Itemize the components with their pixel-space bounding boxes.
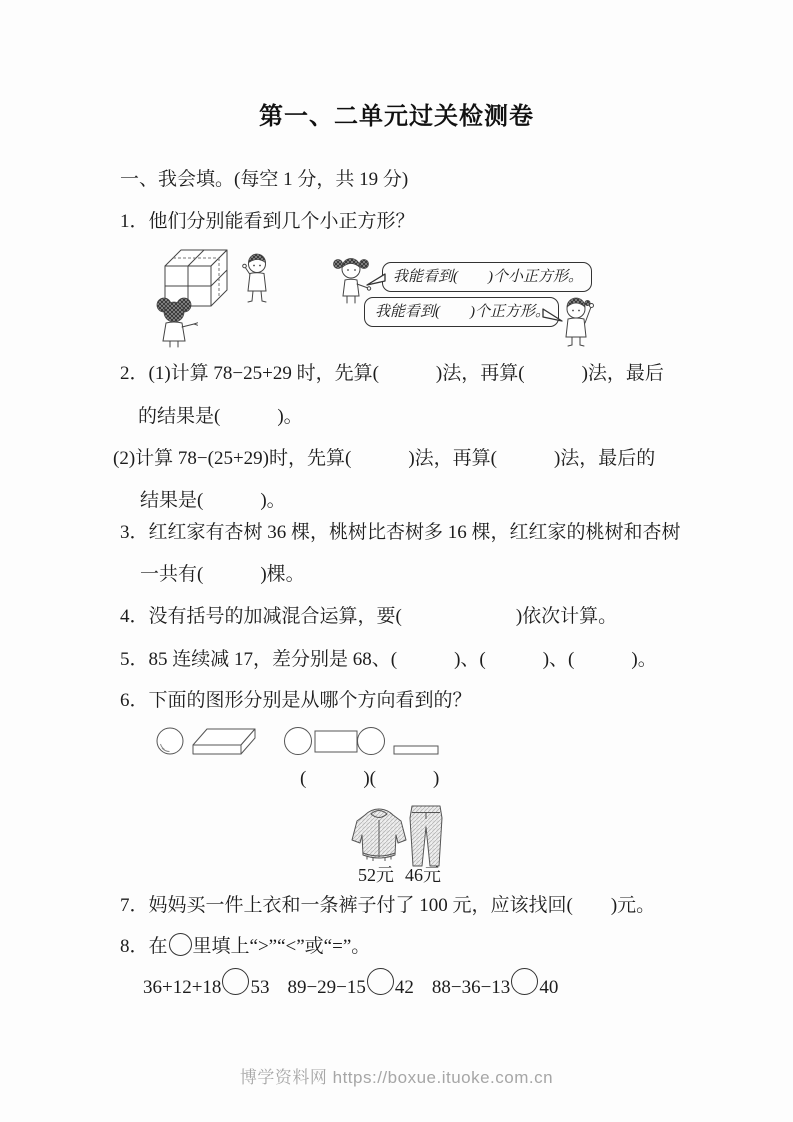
question-1-text: 1．他们分别能看到几个小正方形？ xyxy=(120,210,415,234)
question-3-line2: 一共有( )棵。 xyxy=(140,563,305,587)
question-2-line2: 的结果是( )。 xyxy=(138,405,303,429)
speech-bubble-1-tail xyxy=(366,272,386,288)
jacket-illustration xyxy=(350,806,408,862)
expression-1-left: 36+12+18 xyxy=(143,977,221,998)
question-6-answer-blanks: ( )( ) xyxy=(300,767,439,791)
speech-bubble-2-text: 我能看到( )个正方形。 xyxy=(375,304,550,320)
question-8-suffix: 里填上“>”“<”或“=”。 xyxy=(193,936,371,957)
slab-figure xyxy=(192,726,256,757)
expression-1: 36+12+1853 xyxy=(143,971,269,999)
girl-figure-back xyxy=(152,296,198,350)
question-8-prefix: 8．在 xyxy=(120,936,168,957)
ball-figure xyxy=(156,727,185,757)
expression-2-left: 89−29−15 xyxy=(287,977,365,998)
view-rectangle xyxy=(314,730,358,753)
expression-3-right: 40 xyxy=(539,977,558,998)
question-2-line1: 2．(1)计算 78−25+29 时，先算( )法，再算( )法，最后 xyxy=(120,362,664,386)
boy-figure-left xyxy=(240,251,274,305)
expression-2-right: 42 xyxy=(395,977,414,998)
expression-3-left: 88−36−13 xyxy=(432,977,510,998)
comparison-circle xyxy=(367,968,394,995)
pants-illustration xyxy=(408,804,444,868)
question-2-line3: (2)计算 78−(25+29)时，先算( )法，再算( )法，最后的 xyxy=(113,447,655,471)
expression-1-right: 53 xyxy=(250,977,269,998)
question-4-text: 4．没有括号的加减混合运算，要( )依次计算。 xyxy=(120,605,617,629)
view-bar xyxy=(393,745,439,755)
section-heading: 一、我会填。(每空 1 分，共 19 分) xyxy=(120,168,408,192)
question-8-text: 8．在里填上“>”“<”或“=”。 xyxy=(120,933,370,959)
footer-site-text: 博学资料网 https://boxue.ituoke.com.cn xyxy=(0,1063,793,1088)
speech-bubble-2: 我能看到( )个正方形。 xyxy=(364,297,559,327)
pants-price-label: 46元 xyxy=(405,861,441,887)
speech-bubble-1-text: 我能看到( )个小正方形。 xyxy=(393,269,583,285)
jacket-price-label: 52元 xyxy=(358,861,394,887)
question-8-expressions: 36+12+1853 89−29−1542 88−36−1340 xyxy=(143,971,558,999)
view-circle-2 xyxy=(356,726,386,756)
question-5-text: 5．85 连续减 17，差分别是 68、( )、( )、( )。 xyxy=(120,648,657,672)
expression-2: 89−29−1542 xyxy=(287,971,413,999)
question-6-text: 6．下面的图形分别是从哪个方向看到的？ xyxy=(120,689,472,713)
comparison-circle xyxy=(511,968,538,995)
expression-3: 88−36−1340 xyxy=(432,971,558,999)
question-7-text: 7．妈妈买一件上衣和一条裤子付了 100 元，应该找回( )元。 xyxy=(120,894,655,918)
comparison-circle xyxy=(169,933,192,956)
view-circle-1 xyxy=(283,726,313,756)
speech-bubble-2-tail xyxy=(541,307,563,325)
question-3-line1: 3．红红家有杏树 36 棵，桃树比杏树多 16 棵，红红家的桃树和杏树 xyxy=(120,521,681,545)
speech-bubble-1: 我能看到( )个小正方形。 xyxy=(382,262,592,292)
comparison-circle xyxy=(222,968,249,995)
page-title: 第一、二单元过关检测卷 xyxy=(0,96,793,131)
question-2-line4: 结果是( )。 xyxy=(140,489,286,513)
